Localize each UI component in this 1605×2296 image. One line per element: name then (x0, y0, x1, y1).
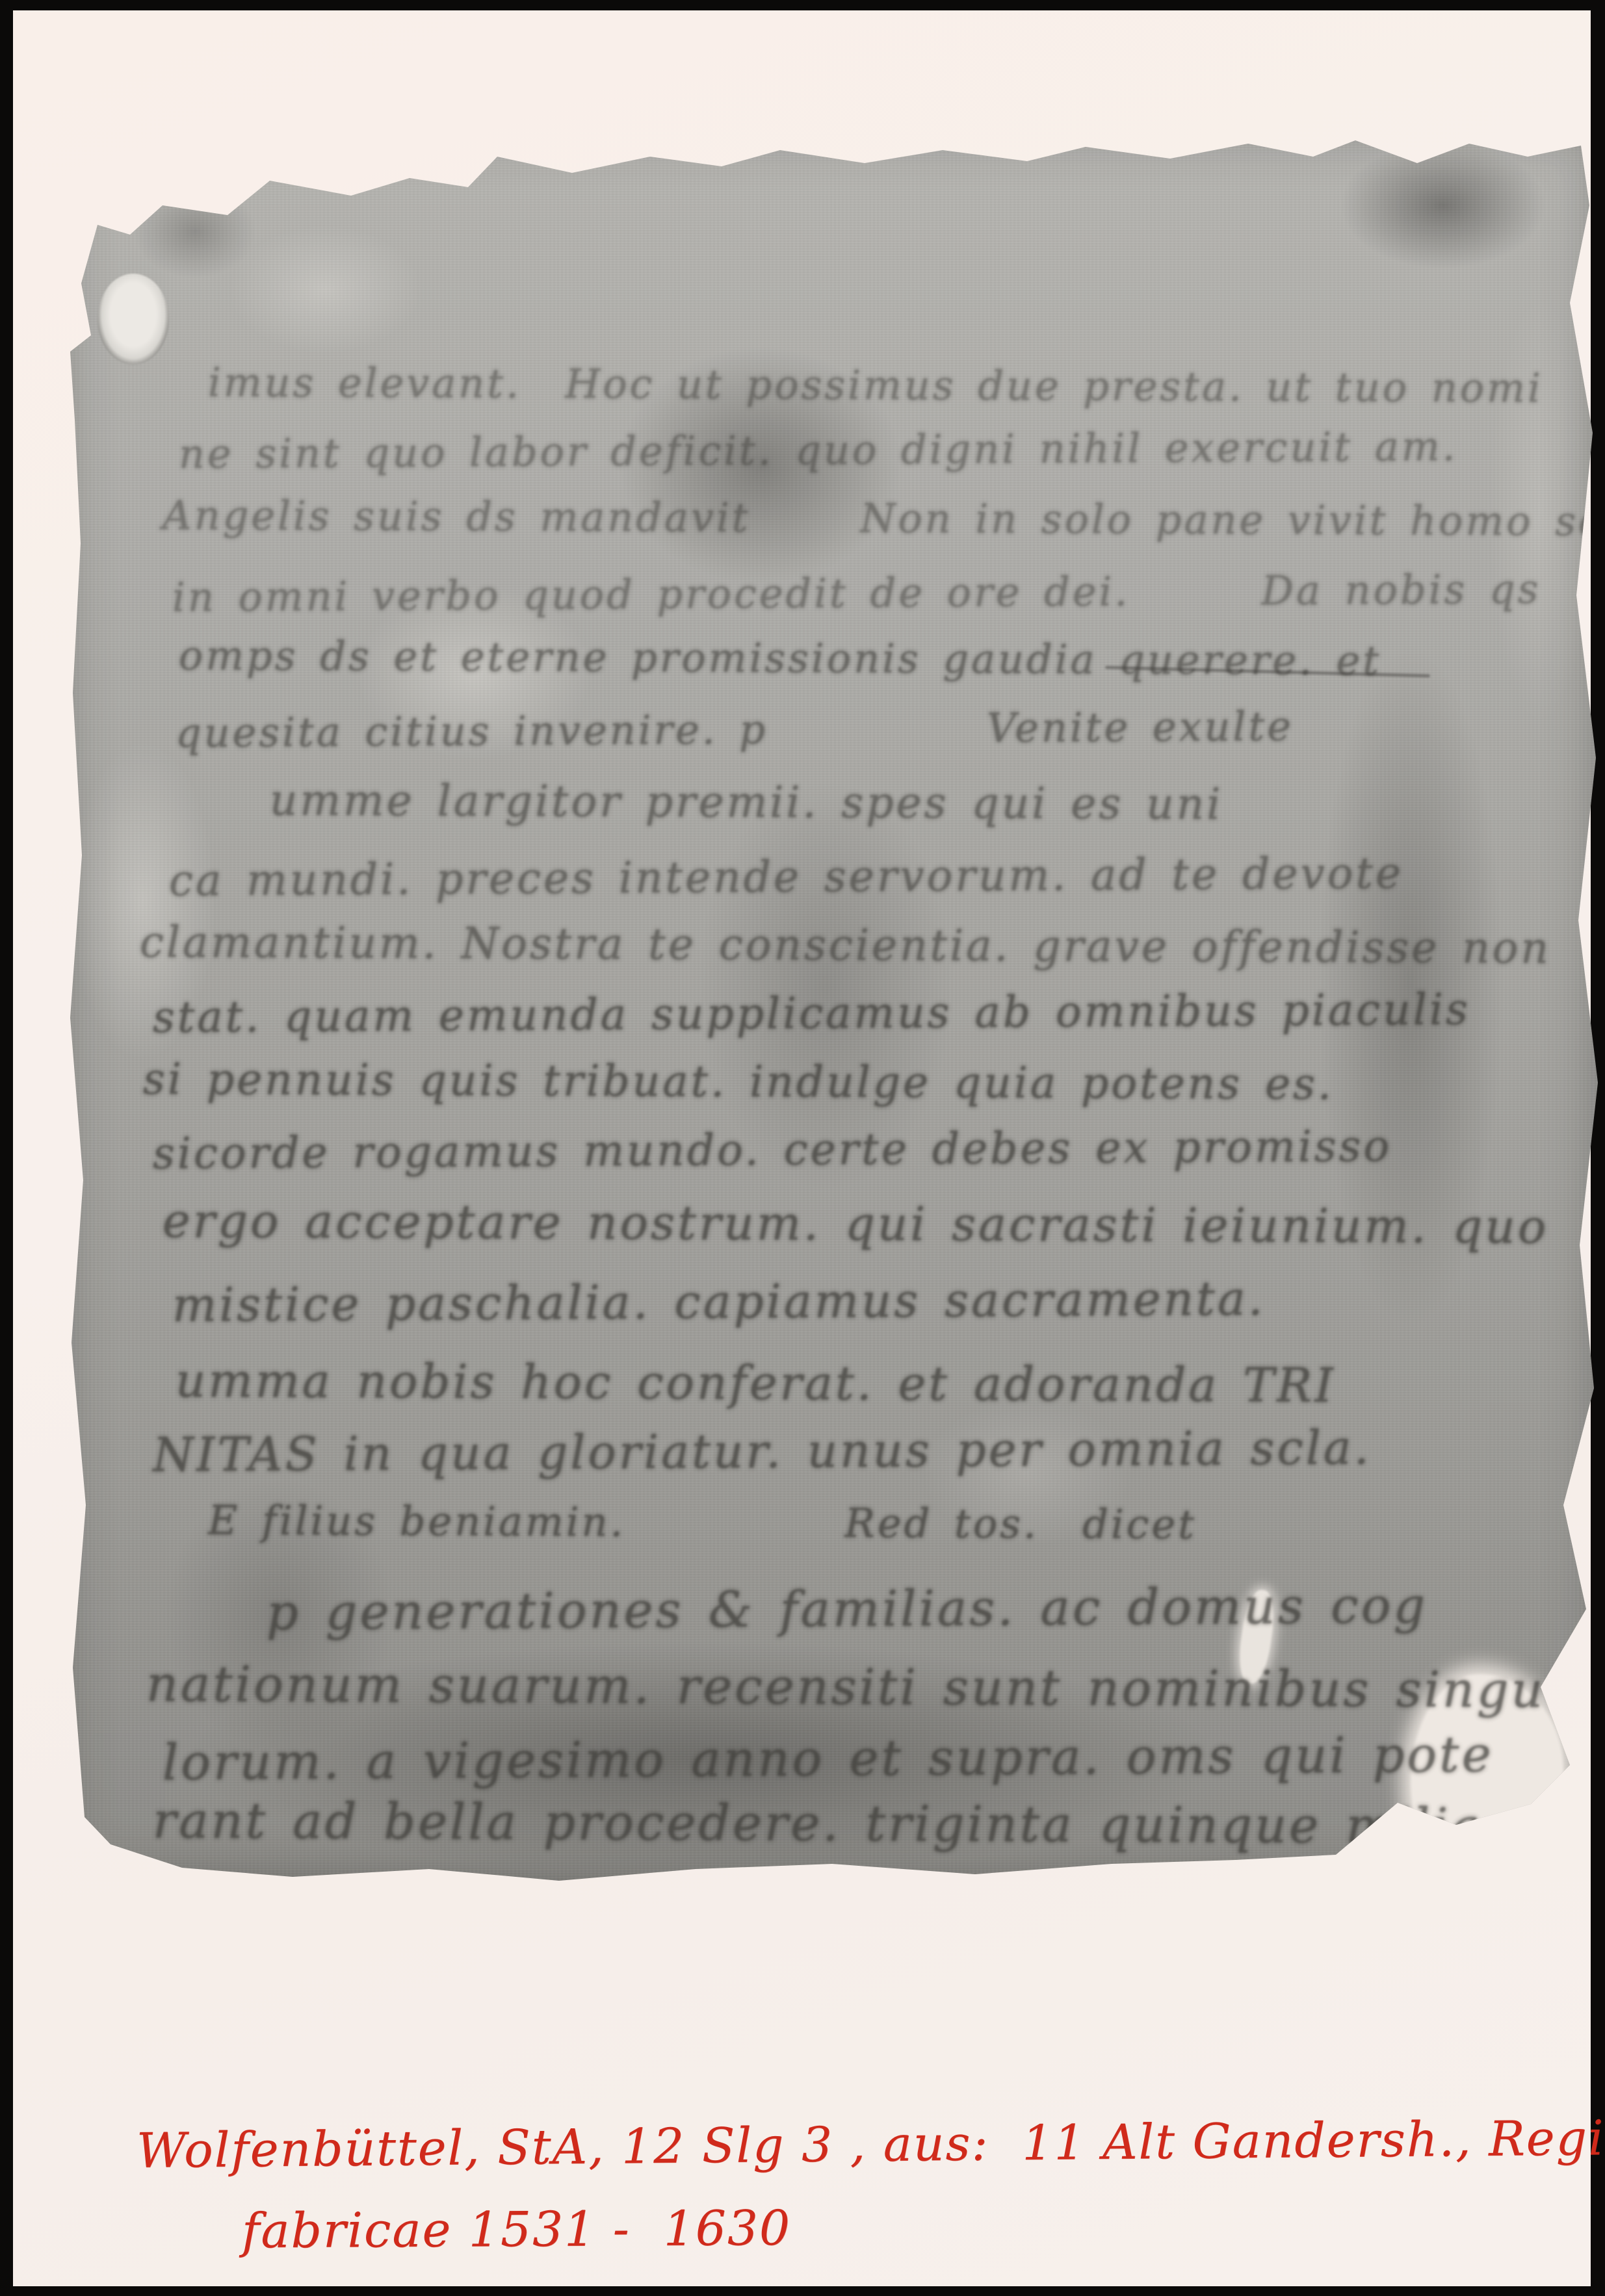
hole-mark (98, 274, 169, 365)
manuscript-line: si pennuis quis tribuat. indulge quia po… (143, 1054, 1334, 1109)
manuscript-line: ca mundi. preces intende servorum. ad te… (169, 848, 1404, 906)
manuscript-line: omps ds et eterne promissionis gaudia qu… (179, 632, 1382, 684)
backing-sheet: imus elevant. Hoc ut possimus due presta… (13, 10, 1591, 2286)
manuscript-line: E filius beniamin. Red tos. dicet (208, 1497, 1197, 1549)
manuscript-line: nationum suarum. recensiti sunt nominibu… (146, 1655, 1546, 1718)
manuscript-line: Angelis suis ds mandavit Non in solo pan… (163, 491, 1605, 545)
manuscript-line: p generationes & familias. ac domus cog (267, 1577, 1428, 1642)
annotation-line-2: fabricae 1531 - 1630 (242, 2200, 791, 2259)
manuscript-line: umma nobis hoc conferat. et adoranda TRI (176, 1353, 1336, 1413)
manuscript-line: ergo acceptare nostrum. qui sacrasti iei… (163, 1193, 1549, 1254)
manuscript-line: clamantium. Nostra te conscientia. grave… (140, 917, 1551, 973)
manuscript-fragment: imus elevant. Hoc ut possimus due presta… (52, 121, 1605, 1889)
manuscript-line: mistice paschalia. capiamus sacramenta. (172, 1271, 1266, 1332)
manuscript-line: quesita citius invenire. p Venite exulte (176, 703, 1294, 757)
manuscript-line: in omni verbo quod procedit de ore dei. … (172, 565, 1541, 621)
manuscript-line: sicorde rogamus mundo. certe debes ex pr… (153, 1121, 1392, 1179)
manuscript-line: ne sint quo labor deficit. quo digni nih… (179, 422, 1458, 478)
manuscript-line: NITAS in qua gloriatur. unus per omnia s… (153, 1420, 1372, 1482)
manuscript-line: lorum. a vigesimo anno et supra. oms qui… (163, 1725, 1494, 1792)
manuscript-line: umme largitor premii. spes qui es uni (270, 775, 1223, 829)
manuscript-line: imus elevant. Hoc ut possimus due presta… (208, 359, 1543, 412)
photo-frame: imus elevant. Hoc ut possimus due presta… (0, 0, 1605, 2296)
manuscript-line: rant ad bella procedere. triginta quinqu… (153, 1792, 1483, 1855)
annotation-line-1: Wolfenbüttel, StA, 12 Slg 3 , aus: 11 Al… (137, 2109, 1605, 2179)
manuscript-line: stat. quam emunda supplicamus ab omnibus… (153, 985, 1470, 1042)
